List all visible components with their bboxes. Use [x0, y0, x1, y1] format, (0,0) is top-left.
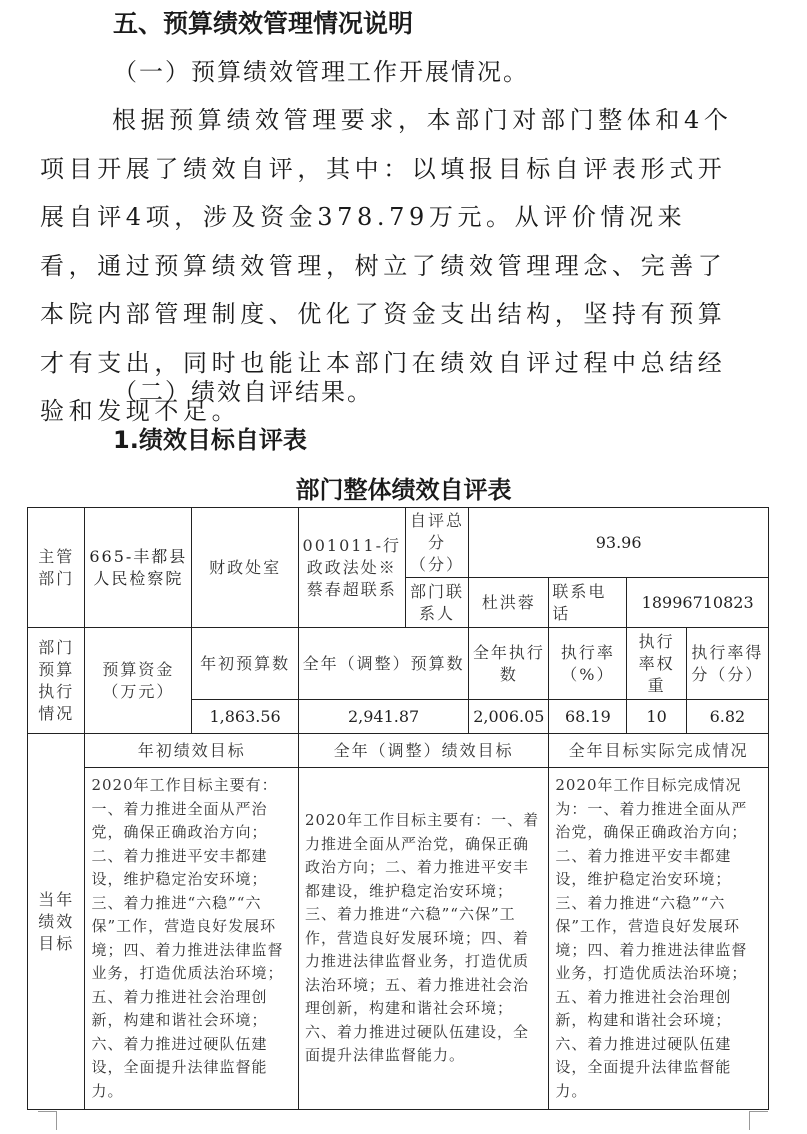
contact-value: 杜洪蓉: [469, 578, 549, 628]
table-title: 部门整体绩效自评表: [0, 470, 807, 505]
value-exec-score: 6.82: [686, 700, 768, 734]
label-goals-section: 当年绩效目标: [28, 734, 85, 1110]
label-dept: 主管部门: [28, 508, 85, 628]
header-executed: 全年执行数: [469, 628, 549, 700]
initial-goals-text: 2020年工作目标主要有：一、着力推进全面从严治党，确保正确政治方向；二、着力推…: [85, 768, 298, 1110]
value-initial-budget: 1,863.56: [192, 700, 299, 734]
header-exec-weight: 执行率权重: [627, 628, 687, 700]
header-initial-budget: 年初预算数: [192, 628, 299, 700]
label-budget-section: 部门预算执行情况: [28, 628, 85, 734]
header-exec-rate: 执行率（%）: [549, 628, 627, 700]
value-exec-weight: 10: [627, 700, 687, 734]
header-exec-score: 执行率得分（分）: [686, 628, 768, 700]
value-executed: 2,006.05: [469, 700, 549, 734]
value-exec-rate: 68.19: [549, 700, 627, 734]
adjusted-goals-text: 2020年工作目标主要有：一、着力推进全面从严治党，确保正确政治方向；二、着力推…: [298, 768, 548, 1110]
subsection-heading-1: （一）预算绩效管理工作开展情况。: [113, 52, 529, 87]
performance-table: 主管部门 665-丰都县人民检察院 财政处室 001011-行政政法处※蔡春超联…: [27, 507, 769, 1110]
label-phone: 联系电话: [549, 578, 627, 628]
label-contact: 部门联系人: [405, 578, 469, 628]
page-corner-mark-left: [38, 1111, 57, 1130]
score-value: 93.96: [469, 508, 769, 578]
header-adjusted-budget: 全年（调整）预算数: [298, 628, 468, 700]
subsection-heading-2: （二）绩效自评结果。: [113, 372, 373, 407]
header-actual-completion: 全年目标实际完成情况: [549, 734, 769, 768]
office-label: 财政处室: [192, 508, 299, 628]
phone-value: 18996710823: [627, 578, 769, 628]
item-heading: 1.绩效目标自评表: [113, 420, 307, 455]
page-corner-mark-right: [749, 1111, 768, 1130]
header-adjusted-goals: 全年（调整）绩效目标: [298, 734, 548, 768]
office-contact: 001011-行政政法处※蔡春超联系: [298, 508, 405, 628]
section-heading: 五、预算绩效管理情况说明: [113, 4, 413, 40]
dept-value: 665-丰都县人民检察院: [85, 508, 192, 628]
value-adjusted-budget: 2,941.87: [298, 700, 468, 734]
label-budget-funds: 预算资金（万元）: [85, 628, 192, 734]
header-initial-goals: 年初绩效目标: [85, 734, 298, 768]
label-score: 自评总分（分）: [405, 508, 469, 578]
actual-completion-text: 2020年工作目标完成情况为：一、着力推进全面从严治党，确保正确政治方向；二、着…: [549, 768, 769, 1110]
